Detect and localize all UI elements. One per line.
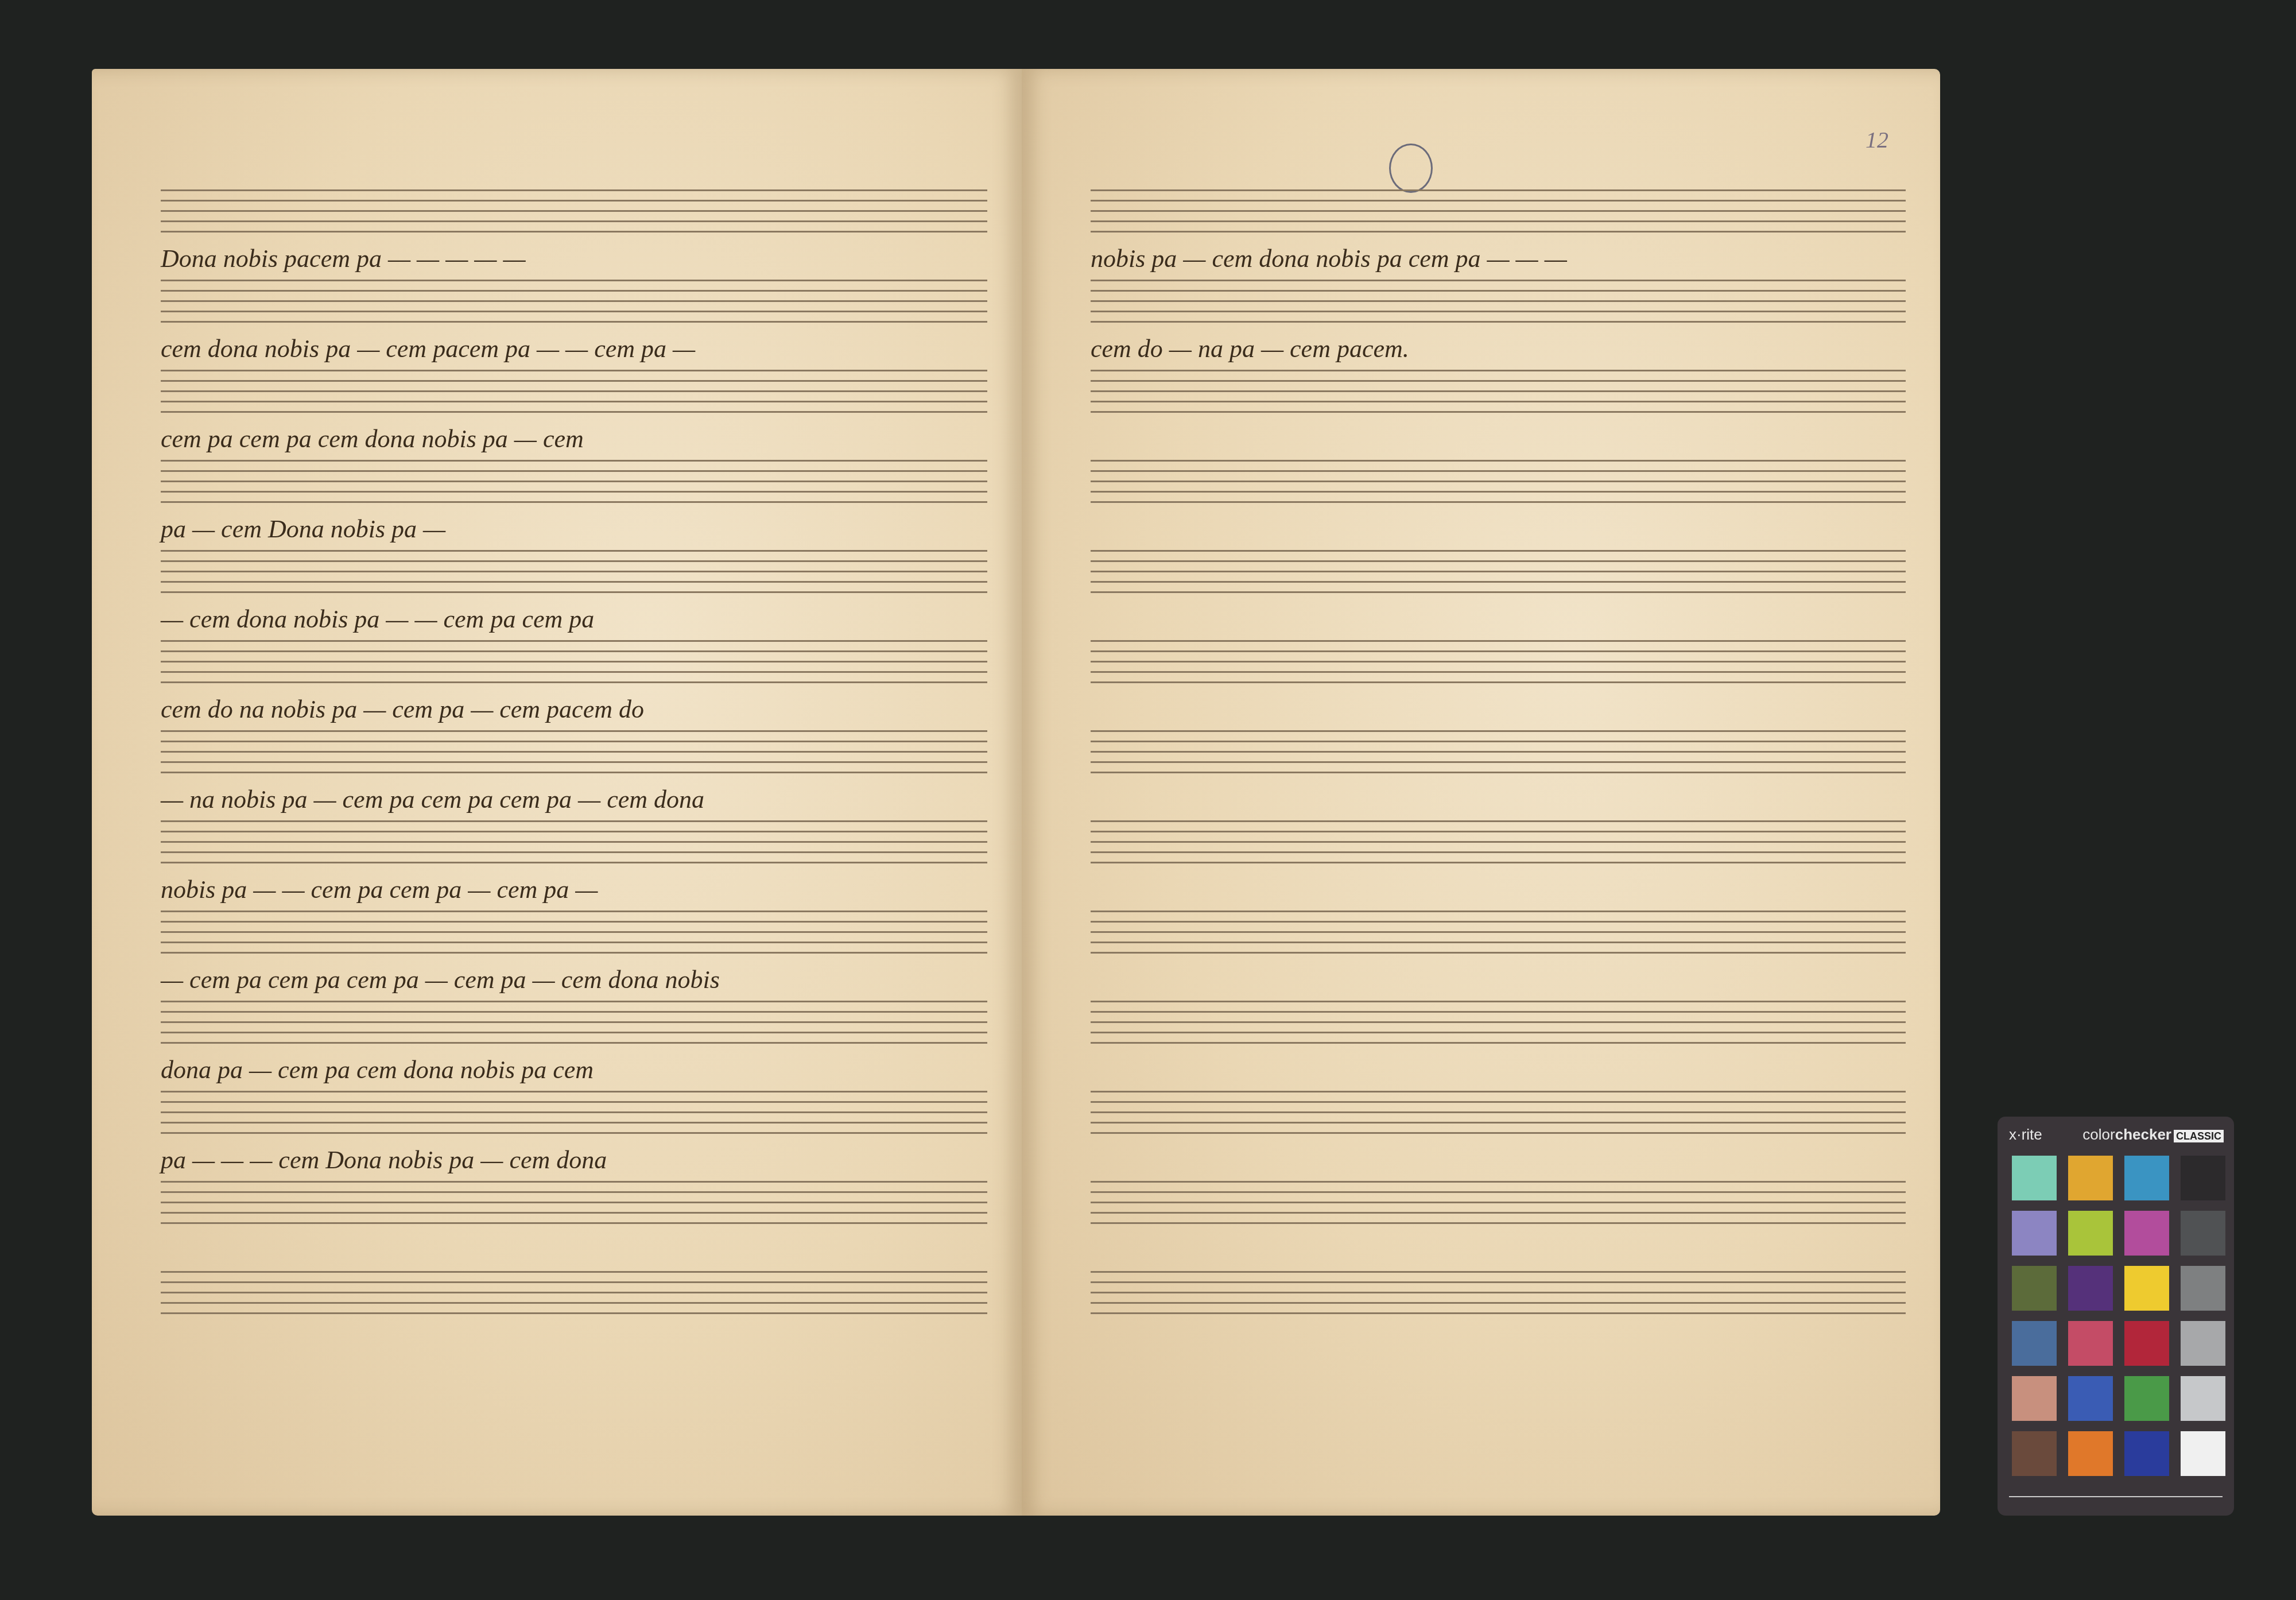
lyric-line: — cem pa cem pa cem pa — cem pa — cem do… [161,965,720,994]
lyric-line: nobis pa — — cem pa cem pa — cem pa — [161,875,598,904]
lyric-line: cem pa cem pa cem dona nobis pa — cem [161,424,584,454]
music-staff [161,640,987,692]
music-staff [161,1091,987,1142]
color-swatch [2012,1156,2057,1200]
music-staff [161,550,987,602]
color-swatch [2124,1376,2169,1421]
left-manuscript-page: Dona nobis pacem pa — — — — —cem dona no… [92,69,1022,1516]
music-staff [1091,460,1906,512]
color-swatch [2124,1156,2169,1200]
folio-number: 12 [1865,126,1888,153]
music-staff [161,820,987,872]
color-swatch [2181,1266,2225,1311]
lyric-line: Dona nobis pacem pa — — — — — [161,244,526,273]
color-swatch [2124,1211,2169,1256]
lyric-line: cem do — na pa — cem pacem. [1091,334,1409,363]
color-swatch [2181,1156,2225,1200]
music-staff [161,1181,987,1233]
lyric-line: pa — — — cem Dona nobis pa — cem dona [161,1145,607,1175]
color-swatch [2012,1266,2057,1311]
music-staff [1091,1271,1906,1323]
lyric-line: cem do na nobis pa — cem pa — cem pacem … [161,695,644,724]
music-staff [1091,189,1906,241]
music-staff [1091,280,1906,331]
color-swatch [2068,1211,2113,1256]
lyric-line: cem dona nobis pa — cem pacem pa — — cem… [161,334,695,363]
color-swatch [2181,1211,2225,1256]
color-swatch [2181,1431,2225,1476]
music-staff [1091,911,1906,962]
archive-stamp [1389,144,1433,193]
music-staff [161,911,987,962]
color-swatch [2068,1156,2113,1200]
music-staff [161,460,987,512]
color-swatch [2068,1321,2113,1366]
music-staff [1091,1001,1906,1052]
lyric-line: dona pa — cem pa cem dona nobis pa cem [161,1055,594,1084]
color-swatch [2068,1376,2113,1421]
color-swatch [2068,1266,2113,1311]
color-swatch [2124,1266,2169,1311]
music-staff [161,1271,987,1323]
color-swatch [2124,1431,2169,1476]
music-staff [1091,550,1906,602]
music-staff [161,1001,987,1052]
lyric-line: pa — cem Dona nobis pa — [161,514,445,544]
lyric-line: — na nobis pa — cem pa cem pa cem pa — c… [161,785,704,814]
music-staff [161,189,987,241]
color-swatch [2012,1321,2057,1366]
music-staff [1091,1091,1906,1142]
color-checker-card: x·rite colorcheckerCLASSIC [1998,1117,2234,1516]
music-staff [1091,1181,1906,1233]
music-staff [1091,730,1906,782]
xrite-logo: x·rite [2009,1126,2042,1144]
color-swatch [2012,1431,2057,1476]
mm-ruler [2009,1496,2223,1505]
color-swatch [2012,1211,2057,1256]
music-staff [161,280,987,331]
music-staff [161,730,987,782]
color-swatch [2124,1321,2169,1366]
color-swatch [2181,1321,2225,1366]
music-staff [1091,370,1906,421]
lyric-line: nobis pa — cem dona nobis pa cem pa — — … [1091,244,1567,273]
color-swatch [2181,1376,2225,1421]
lyric-line: — cem dona nobis pa — — cem pa cem pa [161,605,594,634]
color-swatches-grid [2012,1156,2225,1476]
right-manuscript-page: 12 nobis pa — cem dona nobis pa cem pa —… [1022,69,1940,1516]
colorchecker-title: colorcheckerCLASSIC [2082,1126,2224,1144]
music-staff [1091,820,1906,872]
color-swatch [2012,1376,2057,1421]
color-swatch [2068,1431,2113,1476]
music-staff [1091,640,1906,692]
music-staff [161,370,987,421]
